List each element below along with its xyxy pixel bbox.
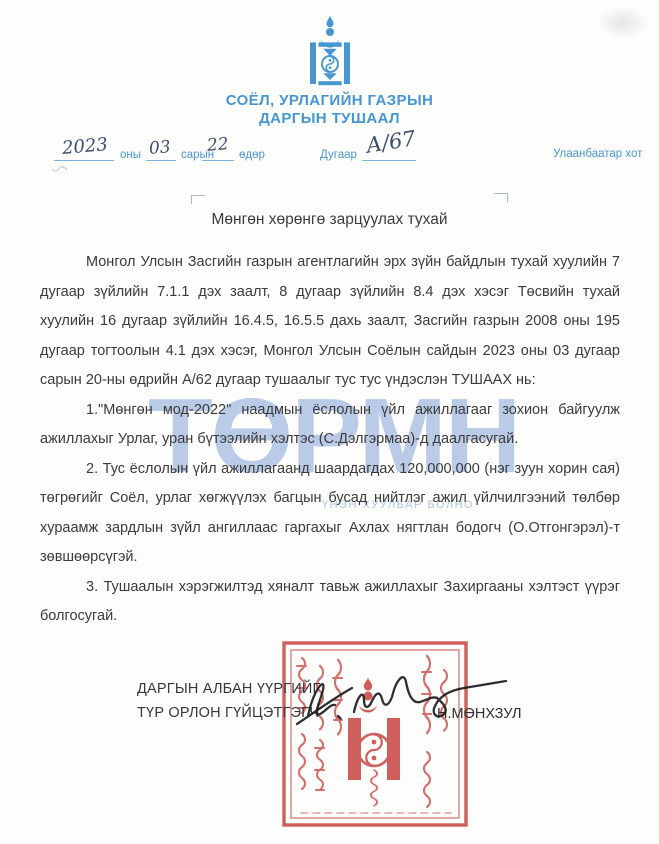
scanned-order-document: ТӨРМН ҮНЭН ХУУЛБАР БОЛНО СОЁЛ, УРЛАГИЙН … [0, 0, 659, 844]
organization-name: СОЁЛ, УРЛАГИЙН ГАЗРЫН [0, 92, 659, 109]
document-type-title: ДАРГЫН ТУШААЛ [0, 110, 659, 127]
document-subject: Мөнгөн хөрөнгө зарцуулах тухай [0, 211, 659, 229]
scan-smudge [596, 6, 650, 40]
document-body: Монгол Улсын Засгийн газрын агентлагийн … [40, 248, 620, 632]
order-item-2: 2. Тус ёслолын үйл ажиллагаанд шаардагда… [40, 455, 620, 573]
handwritten-day: 22 [206, 134, 229, 156]
number-label: Дугаар [320, 149, 357, 161]
pencil-check-mark [50, 160, 72, 174]
handwritten-number: А/67 [364, 126, 417, 157]
corner-mark-right [494, 193, 508, 202]
handwritten-month: 03 [148, 137, 171, 159]
year-blank-line [54, 159, 114, 161]
day-label: өдөр [239, 149, 265, 161]
order-item-1: 1."Мөнгөн мод-2022" наадмын ёслолын үйл … [40, 396, 620, 455]
month-blank-line [146, 159, 176, 161]
day-blank-line [202, 159, 234, 161]
signatory-duty-line2: ТҮР ОРЛОН ГҮЙЦЭТГЭГЧ [137, 705, 319, 721]
soyombo-emblem-icon [306, 13, 354, 91]
number-blank-line [362, 159, 416, 161]
year-label: оны [120, 149, 141, 161]
handwritten-year: 2023 [61, 134, 108, 159]
handwritten-signature [294, 668, 510, 734]
order-item-3: 3. Тушаалын хэрэгжилтэд хяналт тавьж ажи… [40, 573, 620, 632]
city-label: Улаанбаатар хот [553, 148, 642, 160]
preamble-paragraph: Монгол Улсын Засгийн газрын агентлагийн … [40, 248, 620, 396]
corner-mark-left [191, 195, 205, 204]
